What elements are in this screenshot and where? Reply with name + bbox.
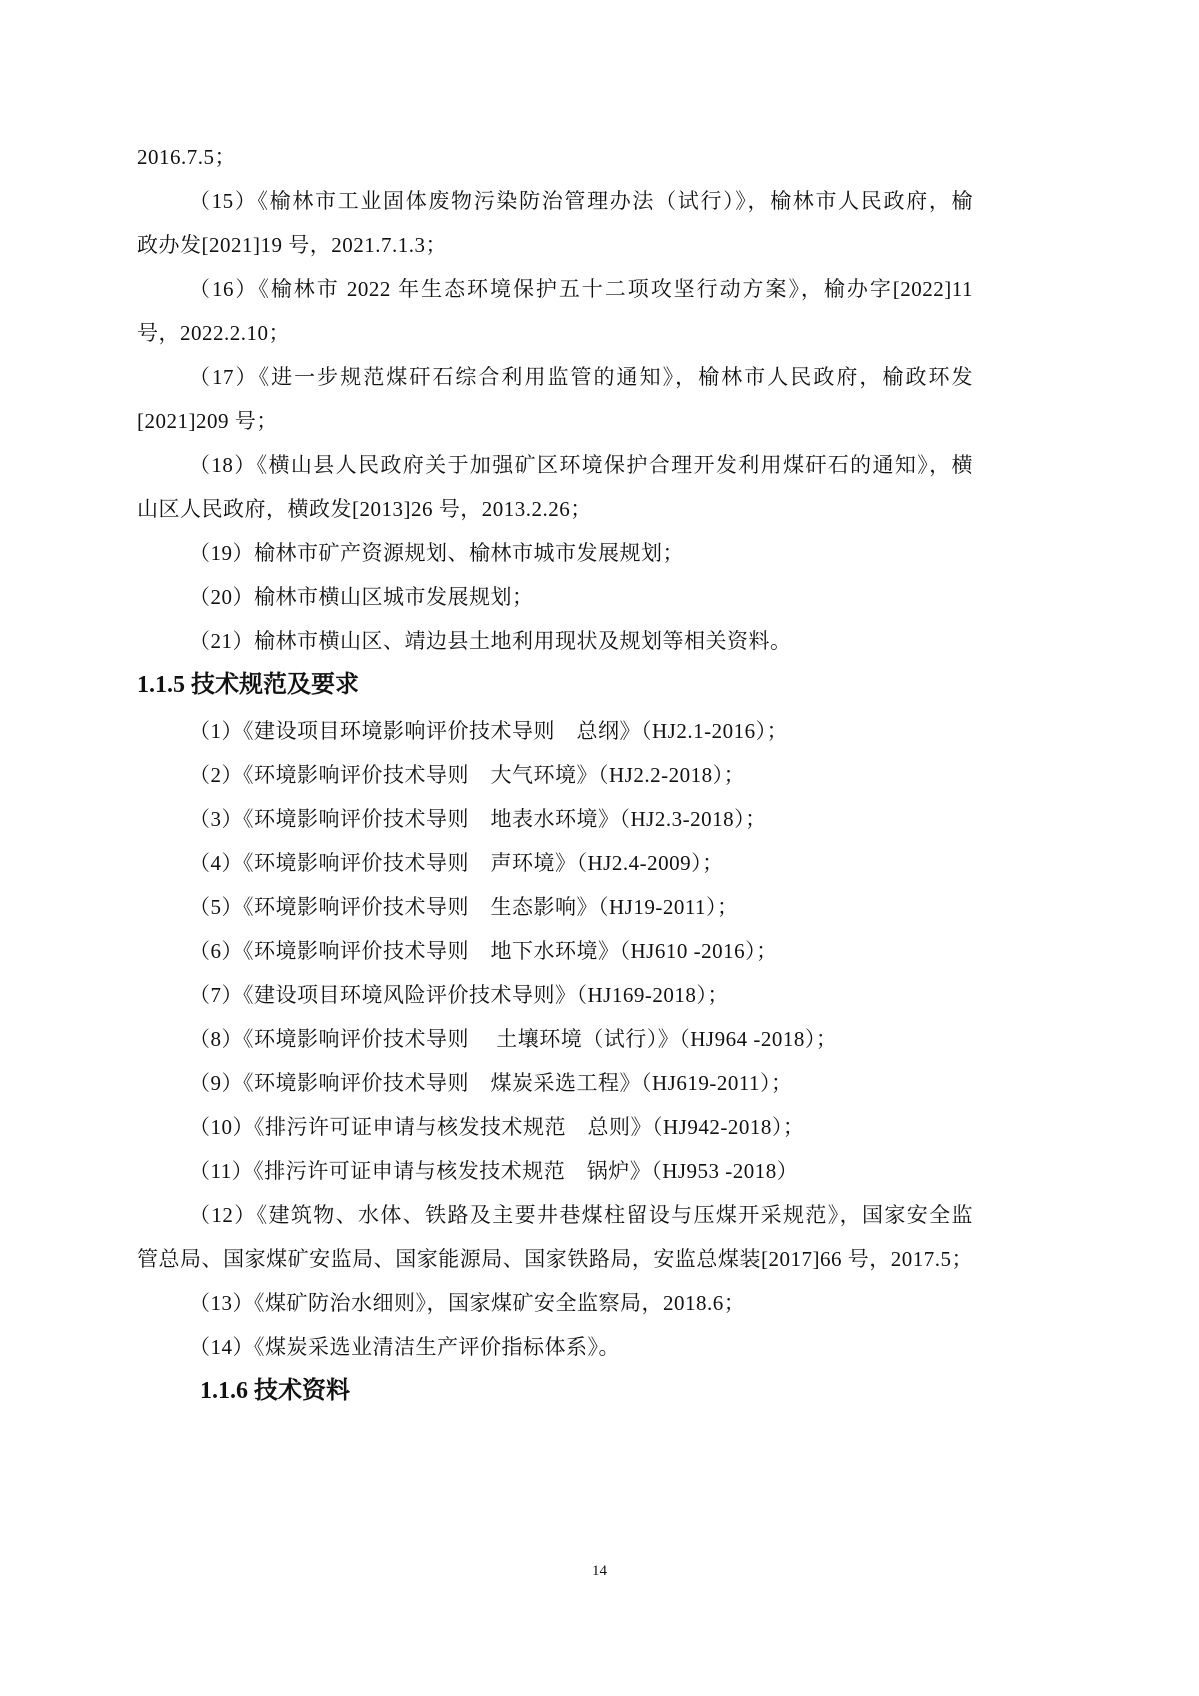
spec-item-5: （5）《环境影响评价技术导则 生态影响》（HJ19-2011）； xyxy=(189,893,739,921)
section-heading-1-1-5: 1.1.5 技术规范及要求 xyxy=(137,670,359,700)
spec-item-10: （10）《排污许可证申请与核发技术规范 总则》（HJ942-2018）； xyxy=(189,1113,804,1141)
spec-item-12: （12）《建筑物、水体、铁路及主要井巷煤柱留设与压煤开采规范》，国家安全监 xyxy=(189,1201,973,1229)
spec-item-7: （7）《建设项目环境风险评价技术导则》（HJ169-2018）； xyxy=(189,981,729,1009)
spec-item-6: （6）《环境影响评价技术导则 地下水环境》（HJ610 -2016）； xyxy=(189,937,778,965)
spec-item-13: （13）《煤矿防治水细则》，国家煤矿安全监察局，2018.6； xyxy=(189,1289,745,1317)
spec-item-3: （3）《环境影响评价技术导则 地表水环境》（HJ2.3-2018）； xyxy=(189,805,767,833)
text-line: 政办发[2021]19 号，2021.7.1.3； xyxy=(137,231,447,259)
list-item-17: （17）《进一步规范煤矸石综合利用监管的通知》，榆林市人民政府，榆政环发 xyxy=(189,363,973,391)
list-item-20: （20）榆林市横山区城市发展规划； xyxy=(189,583,534,611)
document-page: 2016.7.5； （15）《榆林市工业固体废物污染防治管理办法（试行）》，榆林… xyxy=(0,0,1199,1696)
text-line: 号，2022.2.10； xyxy=(137,319,290,347)
spec-item-2: （2）《环境影响评价技术导则 大气环境》（HJ2.2-2018）； xyxy=(189,761,745,789)
spec-item-4: （4）《环境影响评价技术导则 声环境》（HJ2.4-2009）； xyxy=(189,849,724,877)
list-item-16: （16）《榆林市 2022 年生态环境保护五十二项攻坚行动方案》，榆办字[202… xyxy=(189,275,973,303)
spec-item-11: （11）《排污许可证申请与核发技术规范 锅炉》（HJ953 -2018） xyxy=(189,1157,798,1185)
section-heading-1-1-6: 1.1.6 技术资料 xyxy=(200,1376,350,1406)
text-line: 山区人民政府，横政发[2013]26 号，2013.2.26； xyxy=(137,495,592,523)
spec-item-9: （9）《环境影响评价技术导则 煤炭采选工程》（HJ619-2011）； xyxy=(189,1069,793,1097)
text-line: 2016.7.5； xyxy=(137,143,236,171)
list-item-19: （19）榆林市矿产资源规划、榆林市城市发展规划； xyxy=(189,539,684,567)
page-number: 14 xyxy=(0,1562,1199,1580)
list-item-21: （21）榆林市横山区、靖边县土地利用现状及规划等相关资料。 xyxy=(189,627,792,655)
spec-item-1: （1）《建设项目环境影响评价技术导则 总纲》（HJ2.1-2016）； xyxy=(189,717,788,745)
spec-item-12-cont: 管总局、国家煤矿安监局、国家能源局、国家铁路局，安监总煤装[2017]66 号，… xyxy=(137,1245,973,1273)
spec-item-8: （8）《环境影响评价技术导则 土壤环境（试行）》（HJ964 -2018）； xyxy=(189,1025,837,1053)
spec-item-14: （14）《煤炭采选业清洁生产评价指标体系》。 xyxy=(189,1333,620,1361)
list-item-18: （18）《横山县人民政府关于加强矿区环境保护合理开发利用煤矸石的通知》，横 xyxy=(189,451,973,479)
text-line: [2021]209 号； xyxy=(137,407,278,435)
list-item-15: （15）《榆林市工业固体废物污染防治管理办法（试行）》，榆林市人民政府，榆 xyxy=(189,187,973,215)
